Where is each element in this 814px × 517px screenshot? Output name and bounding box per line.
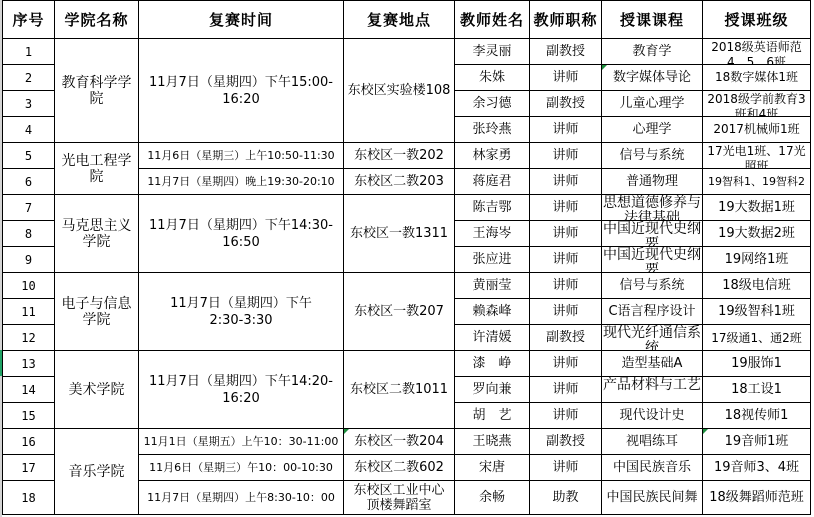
header-course[interactable]: 授课课程 <box>602 1 703 39</box>
cell-time[interactable]: 11月7日（星期四）下午15:00-16:20 <box>139 39 344 143</box>
cell-no[interactable]: 13 <box>3 351 55 377</box>
cell-college[interactable]: 马克思主义学院 <box>55 195 139 273</box>
cell-no[interactable]: 17 <box>3 455 55 481</box>
cell-teacher[interactable]: 王晓燕 <box>455 429 530 455</box>
cell-no[interactable]: 8 <box>3 221 55 247</box>
cell-teacher[interactable]: 林家勇 <box>455 143 530 169</box>
cell-time[interactable]: 11月7日（星期四）上午8:30-10：00 <box>139 481 344 515</box>
cell-course[interactable]: 教育学 <box>602 39 703 65</box>
cell-course[interactable]: 现代设计史 <box>602 403 703 429</box>
cell-class-text: 17光电1班、17光照班 <box>703 143 810 168</box>
cell-teacher[interactable]: 余畅 <box>455 481 530 515</box>
cell-time[interactable]: 11月1日（星期五）上午10：30-11:00 <box>139 429 344 455</box>
header-teacher[interactable]: 教师姓名 <box>455 1 530 39</box>
cell-course-text: 思想道德修养与法律基础 <box>602 195 702 220</box>
cell-no[interactable]: 16 <box>3 429 55 455</box>
cell-location[interactable]: 东校区一教204 <box>344 429 455 455</box>
cell-course[interactable]: 数字媒体导论 <box>602 65 703 91</box>
cell-class[interactable]: 18级舞蹈师范班 <box>703 481 811 515</box>
cell-location[interactable]: 东校区实验楼108 <box>344 39 455 143</box>
cell-teacher[interactable]: 胡 艺 <box>455 403 530 429</box>
cell-no[interactable]: 14 <box>3 377 55 403</box>
cell-class-text: 2018级英语师范4、5、6班 <box>703 39 810 64</box>
cell-title[interactable]: 副教授 <box>530 39 602 65</box>
cell-class[interactable]: 17光电1班、17光照班 <box>703 143 811 169</box>
header-class[interactable]: 授课班级 <box>703 1 811 39</box>
cell-course[interactable]: 思想道德修养与法律基础 <box>602 195 703 221</box>
cell-course[interactable]: 中国民族音乐 <box>602 455 703 481</box>
cell-title[interactable]: 讲师 <box>530 143 602 169</box>
cell-title[interactable]: 副教授 <box>530 91 602 117</box>
cell-course[interactable]: 造型基础A <box>602 351 703 377</box>
header-location[interactable]: 复赛地点 <box>344 1 455 39</box>
cell-title[interactable]: 讲师 <box>530 455 602 481</box>
cell-location[interactable]: 东校区二教602 <box>344 455 455 481</box>
cell-time[interactable]: 11月7日（星期四）下午14:30-16:50 <box>139 195 344 273</box>
cell-class[interactable]: 19服饰1 <box>703 351 811 377</box>
cell-location[interactable]: 东校区一教1311 <box>344 195 455 273</box>
cell-class[interactable]: 2018级学前教育3班和4班 <box>703 91 811 117</box>
cell-title[interactable]: 讲师 <box>530 65 602 91</box>
table-row: 1 教育科学学院 11月7日（星期四）下午15:00-16:20 东校区实验楼1… <box>3 39 811 65</box>
cell-course[interactable]: 中国近现代史纲要 <box>602 247 703 273</box>
cell-class[interactable]: 19级智科1班 <box>703 299 811 325</box>
cell-course[interactable]: C语言程序设计 <box>602 299 703 325</box>
cell-title[interactable]: 讲师 <box>530 273 602 299</box>
cell-college[interactable]: 音乐学院 <box>55 429 139 515</box>
cell-college[interactable]: 光电工程学院 <box>55 143 139 195</box>
cell-title[interactable]: 讲师 <box>530 221 602 247</box>
cell-no[interactable]: 5 <box>3 143 55 169</box>
cell-title[interactable]: 讲师 <box>530 247 602 273</box>
cell-course[interactable]: 信号与系统 <box>602 273 703 299</box>
cell-course[interactable]: 儿童心理学 <box>602 91 703 117</box>
cell-time[interactable]: 11月7日（星期四）晚上19:30-20:10 <box>139 169 344 195</box>
cell-course[interactable]: 产品材料与工艺 <box>602 377 703 403</box>
cell-location[interactable]: 东校区二教203 <box>344 169 455 195</box>
cell-indicator-icon <box>703 429 708 434</box>
cell-teacher[interactable]: 张玲燕 <box>455 117 530 143</box>
cell-no[interactable]: 11 <box>3 299 55 325</box>
cell-class[interactable]: 18数字媒体1班 <box>703 65 811 91</box>
cell-teacher[interactable]: 陈吉鄂 <box>455 195 530 221</box>
cell-class[interactable]: 17级通1、通2班 <box>703 325 811 351</box>
cell-college[interactable]: 教育科学学院 <box>55 39 139 143</box>
cell-teacher[interactable]: 赖森峰 <box>455 299 530 325</box>
cell-course[interactable]: 信号与系统 <box>602 143 703 169</box>
cell-no[interactable]: 6 <box>3 169 55 195</box>
cell-location[interactable]: 东校区二教1011 <box>344 351 455 429</box>
cell-college[interactable]: 电子与信息学院 <box>55 273 139 351</box>
cell-course-text: 现代光纤通信系统 <box>602 325 702 350</box>
cell-no[interactable]: 1 <box>3 39 55 65</box>
cell-teacher[interactable]: 王海岑 <box>455 221 530 247</box>
cell-no[interactable]: 9 <box>3 247 55 273</box>
cell-teacher[interactable]: 余习德 <box>455 91 530 117</box>
table-row: 10 电子与信息学院 11月7日（星期四）下午2:30-3:30 东校区一教20… <box>3 273 811 299</box>
cell-class[interactable]: 19智科1、19智科2 <box>703 169 811 195</box>
cell-course[interactable]: 普通物理 <box>602 169 703 195</box>
cell-course[interactable]: 中国近现代史纲要 <box>602 221 703 247</box>
cell-class[interactable]: 2018级英语师范4、5、6班 <box>703 39 811 65</box>
competition-schedule-table: 序号 学院名称 复赛时间 复赛地点 教师姓名 教师职称 授课课程 授课班级 1 … <box>2 0 811 515</box>
cell-teacher[interactable]: 黄丽莹 <box>455 273 530 299</box>
cell-course[interactable]: 视唱练耳 <box>602 429 703 455</box>
cell-title[interactable]: 讲师 <box>530 299 602 325</box>
cell-class[interactable]: 18级电信班 <box>703 273 811 299</box>
cell-teacher[interactable]: 张应进 <box>455 247 530 273</box>
table-row: 16 音乐学院 11月1日（星期五）上午10：30-11:00 东校区一教204… <box>3 429 811 455</box>
cell-title[interactable]: 讲师 <box>530 195 602 221</box>
cell-course-text: 中国近现代史纲要 <box>602 247 702 272</box>
cell-course-text: 产品材料与工艺 <box>603 377 701 393</box>
cell-no[interactable]: 2 <box>3 65 55 91</box>
cell-teacher[interactable]: 许清媛 <box>455 325 530 351</box>
cell-class[interactable]: 19大数据2班 <box>703 221 811 247</box>
cell-no[interactable]: 3 <box>3 91 55 117</box>
cell-course[interactable]: 心理学 <box>602 117 703 143</box>
cell-class-text: 2018级学前教育3班和4班 <box>703 91 810 116</box>
cell-course-text: 中国近现代史纲要 <box>602 221 702 246</box>
cell-indicator-icon <box>602 65 607 70</box>
cell-no[interactable]: 15 <box>3 403 55 429</box>
cell-class[interactable]: 18视传师1 <box>703 403 811 429</box>
cell-teacher[interactable]: 蒋庭君 <box>455 169 530 195</box>
header-time[interactable]: 复赛时间 <box>139 1 344 39</box>
table-row: 5 光电工程学院 11月6日（星期三）上午10:50-11:30 东校区一教20… <box>3 143 811 169</box>
cell-teacher[interactable]: 宋唐 <box>455 455 530 481</box>
cell-title[interactable]: 讲师 <box>530 351 602 377</box>
cell-no[interactable]: 4 <box>3 117 55 143</box>
cell-title[interactable]: 讲师 <box>530 403 602 429</box>
cell-class[interactable]: 19音师3、4班 <box>703 455 811 481</box>
cell-title[interactable]: 讲师 <box>530 169 602 195</box>
cell-time[interactable]: 11月6日（星期三）午10：00-10:30 <box>139 455 344 481</box>
cell-course[interactable]: 现代光纤通信系统 <box>602 325 703 351</box>
cell-time[interactable]: 11月7日（星期四）下午14:20-16:20 <box>139 351 344 429</box>
cell-title[interactable]: 讲师 <box>530 377 602 403</box>
cell-college[interactable]: 美术学院 <box>55 351 139 429</box>
cell-location[interactable]: 东校区工业中心顶楼舞蹈室 <box>344 481 455 515</box>
cell-class[interactable]: 18工设1 <box>703 377 811 403</box>
cell-teacher[interactable]: 朱姝 <box>455 65 530 91</box>
cell-class[interactable]: 19网络1班 <box>703 247 811 273</box>
cell-class[interactable]: 19音师1班 <box>703 429 811 455</box>
header-title[interactable]: 教师职称 <box>530 1 602 39</box>
cell-time[interactable]: 11月6日（星期三）上午10:50-11:30 <box>139 143 344 169</box>
cell-no[interactable]: 7 <box>3 195 55 221</box>
cell-time[interactable]: 11月7日（星期四）下午2:30-3:30 <box>139 273 344 351</box>
cell-class[interactable]: 2017机械师1班 <box>703 117 811 143</box>
cell-location[interactable]: 东校区一教207 <box>344 273 455 351</box>
table-row: 13 美术学院 11月7日（星期四）下午14:20-16:20 东校区二教101… <box>3 351 811 377</box>
cell-no[interactable]: 12 <box>3 325 55 351</box>
header-row: 序号 学院名称 复赛时间 复赛地点 教师姓名 教师职称 授课课程 授课班级 <box>3 1 811 39</box>
cell-teacher[interactable]: 漆 峥 <box>455 351 530 377</box>
header-no[interactable]: 序号 <box>3 1 55 39</box>
cell-title[interactable]: 副教授 <box>530 325 602 351</box>
cell-class[interactable]: 19大数据1班 <box>703 195 811 221</box>
cell-teacher[interactable]: 李灵丽 <box>455 39 530 65</box>
header-college[interactable]: 学院名称 <box>55 1 139 39</box>
cell-title[interactable]: 讲师 <box>530 117 602 143</box>
cell-title[interactable]: 副教授 <box>530 429 602 455</box>
table-row: 7 马克思主义学院 11月7日（星期四）下午14:30-16:50 东校区一教1… <box>3 195 811 221</box>
cell-indicator-icon <box>344 429 349 434</box>
cell-no[interactable]: 18 <box>3 481 55 515</box>
cell-course[interactable]: 中国民族民间舞 <box>602 481 703 515</box>
cell-teacher[interactable]: 罗向兼 <box>455 377 530 403</box>
cell-title[interactable]: 助教 <box>530 481 602 515</box>
cell-no[interactable]: 10 <box>3 273 55 299</box>
cell-location[interactable]: 东校区一教202 <box>344 143 455 169</box>
